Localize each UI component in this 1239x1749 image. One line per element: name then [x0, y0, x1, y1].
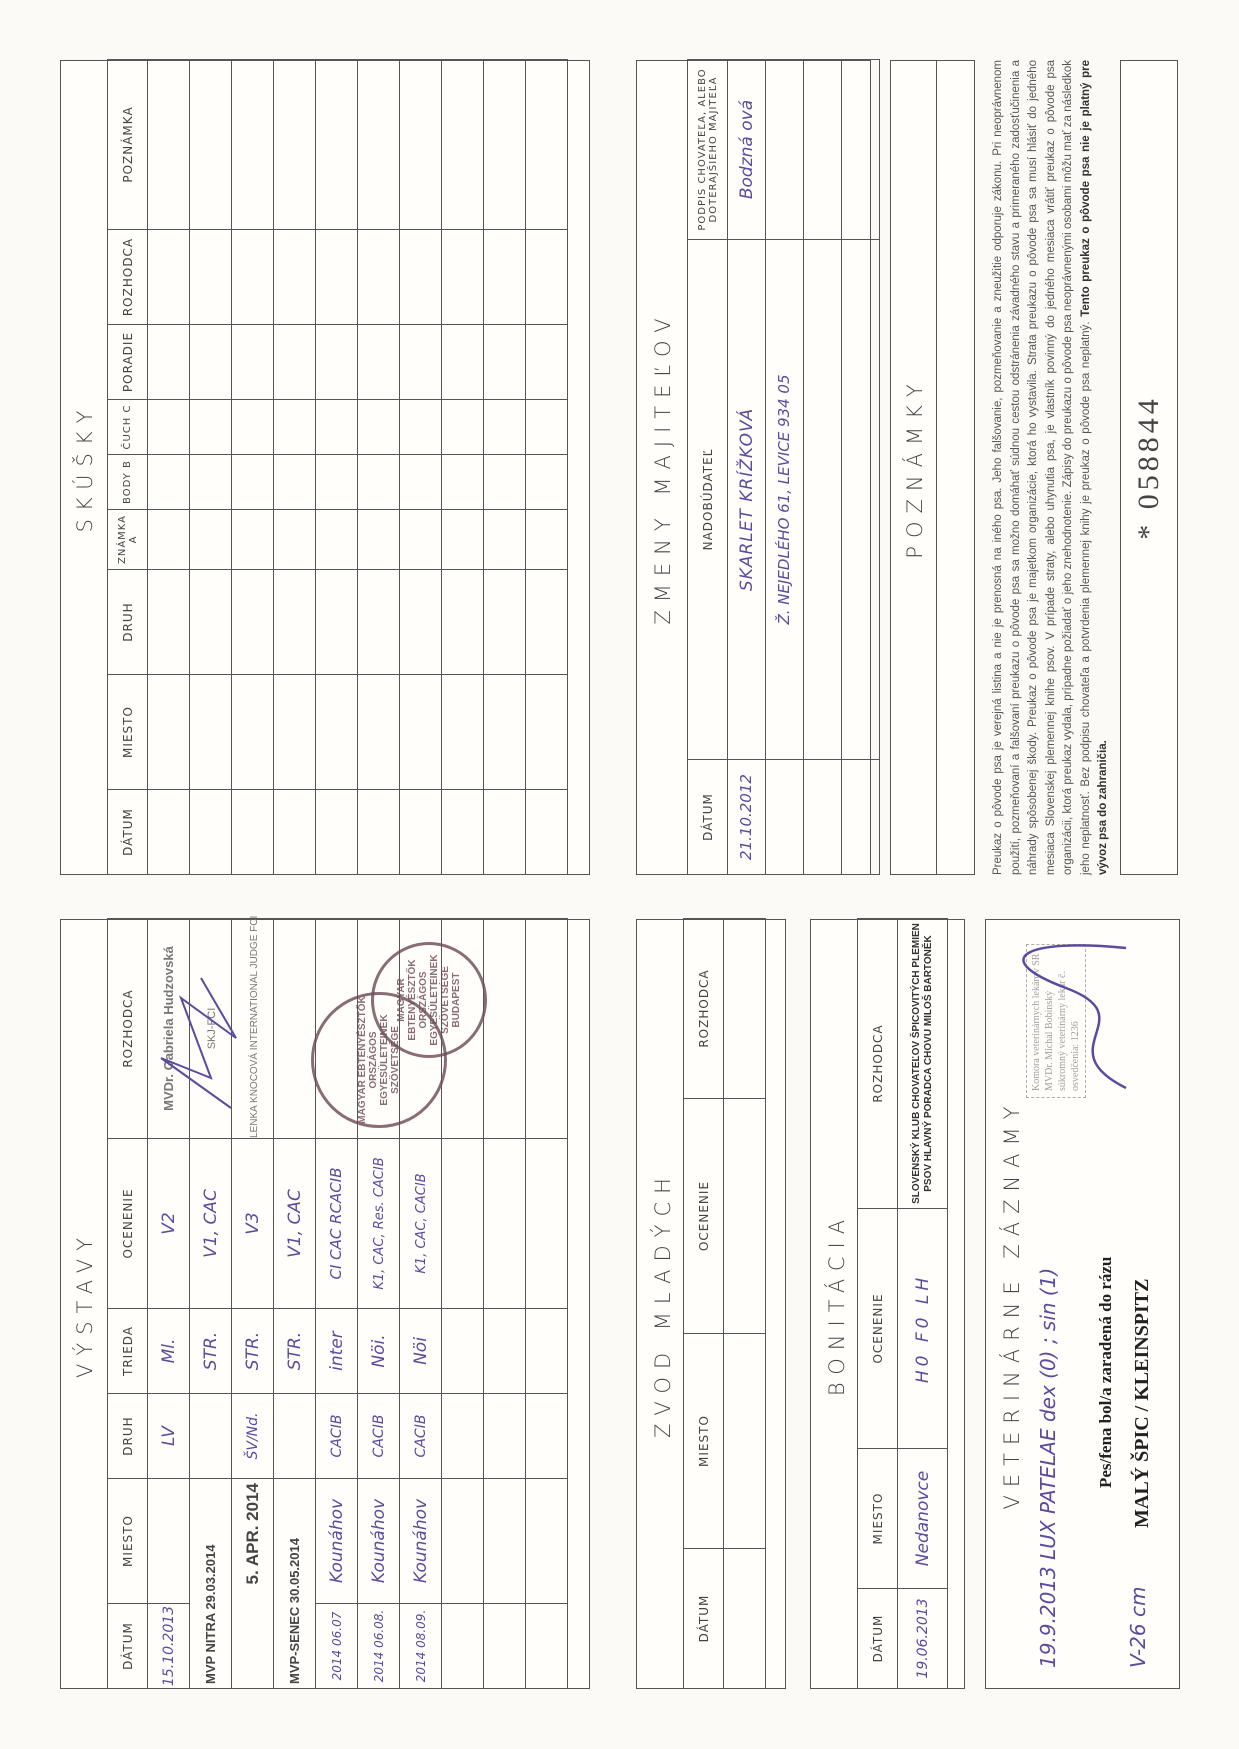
col-miesto: MIESTO — [108, 675, 148, 790]
vystava-datum: 15.10.2013 — [161, 1606, 177, 1686]
col-poznamka: POZNÁMKA — [108, 60, 148, 230]
col-druh: DRUH — [108, 570, 148, 675]
col-body: BODY B — [108, 455, 148, 510]
breeder-signature: Bodzná ová — [737, 100, 757, 199]
vystava-datum: 2014 06.08. — [372, 1610, 386, 1683]
judge-signature — [141, 968, 251, 1118]
vystava-datum: 2014 08.09. — [414, 1610, 428, 1683]
col-ocenenie: OCENENIE — [858, 1209, 898, 1449]
table-row: 19.06.2013 Nedanovce H0 F0 LH SLOVENSKÝ … — [898, 919, 948, 1689]
club-stamp: SLOVENSKÝ KLUB CHOVATEĽOV ŠPICOVITÝCH PL… — [911, 919, 935, 1208]
zmeny-majitelov-title: ZMENY MAJITEĽOV — [651, 61, 675, 874]
vystavy-title: VÝSTAVY — [73, 920, 97, 1688]
table-row — [400, 60, 442, 875]
table-row: 21.10.2012 SKARLET KRÍŽKOVÁ Bodzná ová — [728, 60, 766, 875]
col-datum: DÁTUM — [688, 760, 728, 875]
table-row — [526, 60, 568, 875]
col-ocenenie: OCENENIE — [108, 1139, 148, 1309]
stamp-text: MAGYAR EBTENYÉSZTŐK ORSZÁGOS EGYESÜLETEI… — [396, 945, 462, 1055]
veterinarne-zaznamy-section: VETERINÁRNE ZÁZNAMY 19.9.2013 LUX PATELA… — [985, 919, 1180, 1689]
left-half: VÝSTAVY DÁTUM MIESTO DRUH TRIEDA OCENENI… — [0, 875, 1239, 1749]
col-rozhodca: ROZHODCA — [684, 919, 724, 1099]
col-datum: DÁTUM — [108, 790, 148, 875]
zvod-mladych-title: ZVOD MLADÝCH — [651, 920, 675, 1688]
table-row: Ž. NEJEDLÉHO 61, LEVICE 934 05 — [766, 60, 804, 875]
table-row — [148, 60, 190, 875]
table-row — [190, 60, 232, 875]
bonitacia-title: BONITÁCIA — [825, 920, 849, 1688]
col-trieda: TRIEDA — [108, 1309, 148, 1394]
table-row — [484, 919, 526, 1689]
vystavy-section: VÝSTAVY DÁTUM MIESTO DRUH TRIEDA OCENENI… — [60, 919, 590, 1689]
col-rozhodca: ROZHODCA — [108, 230, 148, 325]
vystava-druh: CACIB — [413, 1415, 429, 1458]
round-stamp: MAGYAR EBTENYÉSZTŐK ORSZÁGOS EGYESÜLETEI… — [371, 942, 487, 1058]
col-datum: DÁTUM — [858, 1589, 898, 1689]
vystava-ocenenie: K1, CAC, Res. CACIB — [372, 1157, 387, 1289]
table-row — [804, 60, 842, 875]
table-row — [526, 919, 568, 1689]
bonitacia-datum: 19.06.2013 — [915, 1598, 931, 1678]
vystava-druh: CACIB — [329, 1415, 345, 1458]
skusky-section: SKÚŠKY DÁTUM MIESTO DRUH ZNÁMKA A BODY B… — [60, 60, 590, 875]
vystava-trieda: STR. — [201, 1332, 221, 1370]
table-row: MVP-SENEC 30.05.2014 STR. V1, CAC — [274, 919, 316, 1689]
skusky-table: DÁTUM MIESTO DRUH ZNÁMKA A BODY B ČUCH C… — [107, 59, 568, 875]
vystava-trieda: STR. — [243, 1332, 263, 1370]
col-miesto: MIESTO — [108, 1479, 148, 1604]
vystava-trieda: STR. — [285, 1332, 305, 1370]
breed-label: Pes/fena bol/a zaradená do rázu — [1096, 1257, 1116, 1488]
vystava-ocenenie: V1, CAC — [285, 1189, 305, 1258]
skusky-title: SKÚŠKY — [73, 61, 97, 874]
legal-text: Preukaz o pôvode psa je verejná listina … — [992, 60, 1092, 875]
date-stamp: 5. APR. 2014 — [243, 1483, 262, 1584]
vystava-datum: 2014 06.07 — [330, 1612, 344, 1681]
table-row — [232, 60, 274, 875]
vystava-miesto: Kounáhov — [327, 1499, 347, 1583]
col-datum: DÁTUM — [684, 1549, 724, 1689]
pedigree-page: VÝSTAVY DÁTUM MIESTO DRUH TRIEDA OCENENI… — [0, 0, 1239, 1749]
vystava-druh: CACIB — [371, 1415, 387, 1458]
col-poradie: PORADIE — [108, 325, 148, 400]
table-row — [842, 60, 880, 875]
col-nadobudatel: NADOBÚDATEĽ — [688, 240, 728, 760]
vet-record-line-2: V-26 cm — [1126, 1587, 1150, 1668]
vet-record-line-1: 19.9.2013 LUX PATELAE dex (0) ; sin (1) — [1036, 1268, 1060, 1668]
table-row — [724, 919, 766, 1689]
vystava-trieda: inter — [327, 1331, 347, 1371]
vystava-druh: ŠV/Nd. — [245, 1413, 261, 1460]
vystava-trieda: Nöi. — [369, 1334, 389, 1367]
vystava-ocenenie: V2 — [159, 1212, 179, 1234]
poznamky-divider — [936, 61, 937, 874]
bonitacia-miesto: Nedanovce — [913, 1471, 933, 1566]
zvod-mladych-table: DÁTUM MIESTO OCENENIE ROZHODCA — [683, 918, 766, 1689]
poznamky-title: POZNÁMKY — [903, 61, 927, 874]
vystava-ocenenie: K1, CAC, CACIB — [414, 1173, 429, 1273]
col-miesto: MIESTO — [684, 1334, 724, 1549]
vystava-miesto: Kounáhov — [411, 1499, 431, 1583]
right-half: SKÚŠKY DÁTUM MIESTO DRUH ZNÁMKA A BODY B… — [0, 0, 1239, 875]
col-datum: DÁTUM — [108, 1604, 148, 1689]
zmeny-majitelov-table: DÁTUM NADOBÚDATEĽ PODPIS CHOVATEĽA, ALEB… — [687, 59, 880, 875]
breed-name: MALÝ ŠPIC / KLEINSPITZ — [1131, 1279, 1154, 1529]
bonitacia-table: DÁTUM MIESTO OCENENIE ROZHODCA 19.06.201… — [857, 918, 948, 1689]
vystava-trieda: Nöi — [411, 1337, 431, 1365]
vet-signature — [1006, 928, 1156, 1108]
vystava-ocenenie: V1, CAC — [201, 1189, 221, 1258]
table-row — [316, 60, 358, 875]
col-cuch: ČUCH C — [108, 400, 148, 455]
serial-box: * 058844 — [1120, 60, 1178, 875]
bonitacia-ocenenie: H0 F0 LH — [913, 1274, 933, 1383]
table-row — [442, 60, 484, 875]
legal-notice: Preukaz o pôvode psa je verejná listina … — [990, 60, 1113, 875]
col-podpis: PODPIS CHOVATEĽA, ALEBO DOTERAJŠIEHO MAJ… — [688, 60, 728, 240]
new-owner-address: Ž. NEJEDLÉHO 61, LEVICE 934 05 — [775, 375, 793, 625]
owner-change-date: 21.10.2012 — [737, 774, 755, 860]
table-row — [484, 60, 526, 875]
col-znamka: ZNÁMKA A — [108, 510, 148, 570]
table-row — [358, 60, 400, 875]
col-ocenenie: OCENENIE — [684, 1099, 724, 1334]
col-rozhodca: ROZHODCA — [858, 919, 898, 1209]
vystava-ocenenie: CI CAC RCACIB — [327, 1168, 345, 1280]
vystava-trieda: Ml. — [159, 1339, 179, 1364]
bonitacia-section: BONITÁCIA DÁTUM MIESTO OCENENIE ROZHODCA… — [810, 919, 965, 1689]
vystava-druh: LV — [159, 1426, 179, 1446]
show-stamp: MVP-SENEC 30.05.2014 — [287, 1538, 302, 1684]
new-owner-name: SKARLET KRÍŽKOVÁ — [737, 408, 757, 591]
table-row — [274, 60, 316, 875]
zmeny-majitelov-section: ZMENY MAJITEĽOV DÁTUM NADOBÚDATEĽ PODPIS… — [636, 60, 871, 875]
show-stamp: MVP NITRA 29.03.2014 — [203, 1545, 218, 1684]
vystava-ocenenie: V3 — [243, 1212, 263, 1234]
col-druh: DRUH — [108, 1394, 148, 1479]
col-miesto: MIESTO — [858, 1449, 898, 1589]
zvod-mladych-section: ZVOD MLADÝCH DÁTUM MIESTO OCENENIE ROZHO… — [636, 919, 786, 1689]
poznamky-section: POZNÁMKY — [890, 60, 975, 875]
vystava-miesto: Kounáhov — [369, 1499, 389, 1583]
serial-number: * 058844 — [1132, 395, 1166, 540]
